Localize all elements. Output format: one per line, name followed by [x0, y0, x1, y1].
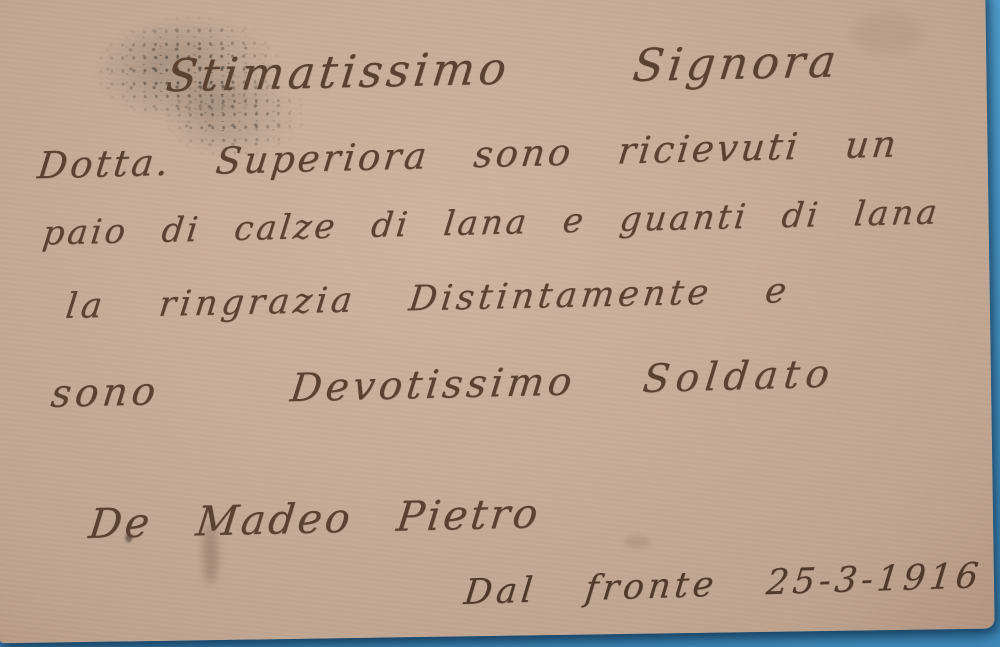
- paper-smudge: [624, 536, 650, 548]
- dateline: Dal fronte 25-3-1916: [462, 556, 984, 613]
- handwriting-line-3: paio di calze di lana e guanti di lana: [40, 192, 942, 253]
- scan-background: Stimatissimo Signora Dotta. Superiora so…: [0, 0, 1000, 647]
- handwriting-word-soldato: Soldato: [641, 351, 838, 402]
- paper-stain: [852, 14, 923, 55]
- postcard: Stimatissimo Signora Dotta. Superiora so…: [0, 0, 995, 643]
- handwriting-line-5: sono Devotissimo: [49, 359, 579, 416]
- signature: De Madeo Pietro: [86, 489, 543, 548]
- handwriting-line-4: la ringrazia Distintamente e: [63, 271, 792, 327]
